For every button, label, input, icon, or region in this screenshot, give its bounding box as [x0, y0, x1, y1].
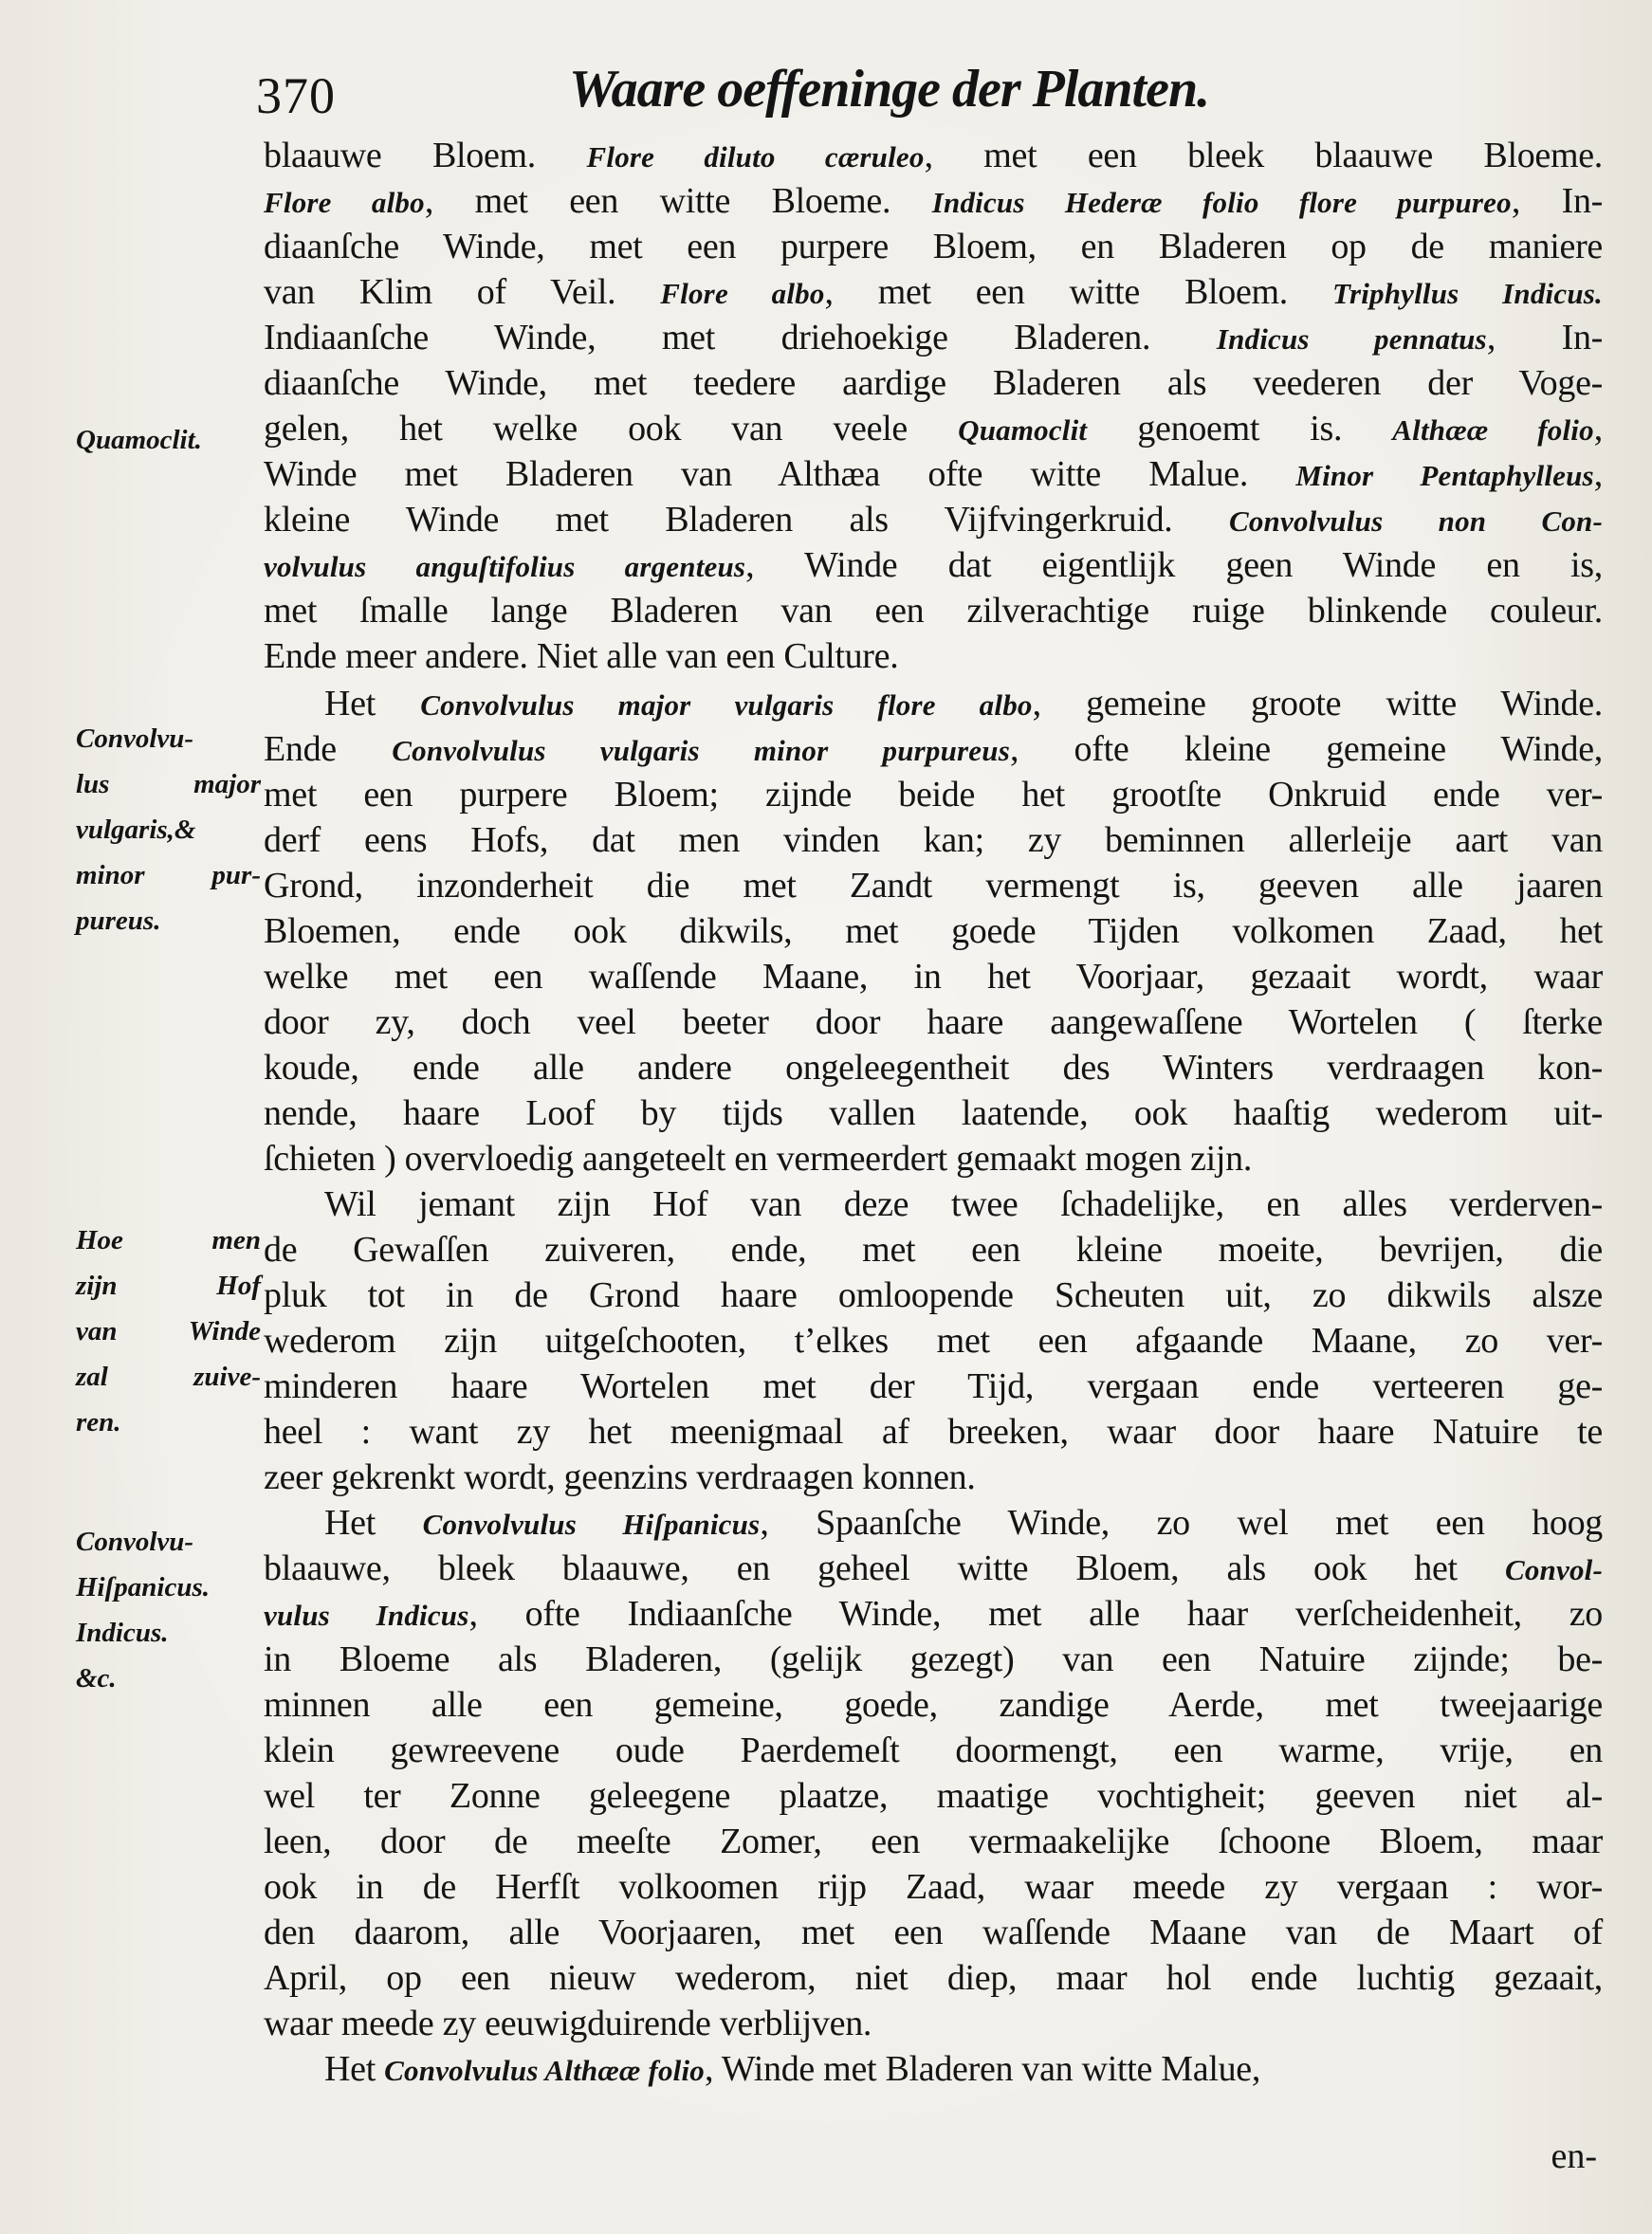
- text-run: , met een bleek blaauwe Bloeme.: [925, 136, 1603, 175]
- page-number: 370: [256, 66, 336, 125]
- text-line: waar meede zy eeuwigduirende verblijven.: [264, 2001, 1603, 2046]
- text-line: gelen, het welke ook van veele Quamoclit…: [264, 406, 1603, 451]
- text-run: diaanſche Winde, met een purpere Bloem, …: [264, 227, 1603, 266]
- text-run: gelen, het welke ook van veele: [264, 409, 958, 449]
- text-run: leen, door de meeſte Zomer, een vermaake…: [264, 1822, 1603, 1861]
- text-run: nende, haare Loof by tijds vallen laaten…: [264, 1093, 1603, 1133]
- text-line: Bloemen, ende ook dikwils, met goede Tij…: [264, 908, 1603, 954]
- text-run: genoemt is.: [1087, 409, 1392, 449]
- text-run: , Spaanſche Winde, zo wel met een hoog: [760, 1503, 1603, 1543]
- text-line: blaauwe Bloem. Flore diluto cæruleo, met…: [264, 133, 1603, 178]
- text-line: de Gewaſſen zuiveren, ende, met een klei…: [264, 1227, 1603, 1273]
- text-run: de Gewaſſen zuiveren, ende, met een klei…: [264, 1230, 1603, 1270]
- text-line: Het Convolvulus Hiſpanicus, Spaanſche Wi…: [264, 1500, 1603, 1546]
- margin-note: Quamoclit.: [76, 417, 261, 463]
- margin-note: Convolvu-lus majorvulgaris,&minor pur-pu…: [76, 716, 261, 943]
- margin-note-line: Quamoclit.: [76, 417, 261, 463]
- text-run: April, op een nieuw wederom, niet diep, …: [264, 1958, 1603, 1998]
- latin-name: Convol-: [1505, 1553, 1603, 1586]
- margin-note: Hoe menzijn Hofvan Windezal zuive-ren.: [76, 1218, 261, 1445]
- text-run: , Winde met Bladeren van witte Malue,: [705, 2049, 1260, 2089]
- text-run: blaauwe Bloem.: [264, 136, 587, 175]
- text-run: Het: [324, 684, 420, 723]
- text-line: wederom zijn uitgeſchooten, t’elkes met …: [264, 1318, 1603, 1364]
- margin-note-line: zal zuive-: [76, 1354, 261, 1400]
- text-run: koude, ende alle andere ongeleegentheit …: [264, 1048, 1603, 1088]
- text-line: Het Convolvulus major vulgaris flore alb…: [264, 681, 1603, 726]
- margin-note-line: &c.: [76, 1656, 261, 1701]
- latin-name: volvulus anguſtifolius argenteus: [264, 550, 745, 583]
- text-run: van Klim of Veil.: [264, 272, 660, 312]
- text-run: , met een witte Bloem.: [825, 272, 1332, 312]
- text-line: nende, haare Loof by tijds vallen laaten…: [264, 1090, 1603, 1136]
- text-line: Ende Convolvulus vulgaris minor purpureu…: [264, 726, 1603, 772]
- text-line: Flore albo, met een witte Bloeme. Indicu…: [264, 178, 1603, 224]
- text-run: diaanſche Winde, met teedere aardige Bla…: [264, 363, 1603, 403]
- latin-name: Convolvulus Althææ folio: [384, 2054, 705, 2087]
- text-run: , met een witte Bloeme.: [425, 181, 932, 221]
- text-run: wederom zijn uitgeſchooten, t’elkes met …: [264, 1321, 1603, 1361]
- text-line: ook in de Herfſt volkoomen rijp Zaad, wa…: [264, 1864, 1603, 1910]
- text-line: door zy, doch veel beeter door haare aan…: [264, 999, 1603, 1045]
- running-title: Waare oeffeninge der Planten.: [569, 59, 1209, 119]
- margin-note-line: minor pur-: [76, 852, 261, 898]
- text-line: vulus Indicus, ofte Indiaanſche Winde, m…: [264, 1591, 1603, 1637]
- text-line: welke met een waſſende Maane, in het Voo…: [264, 954, 1603, 999]
- text-line: Winde met Bladeren van Althæa ofte witte…: [264, 451, 1603, 497]
- margin-note-line: pureus.: [76, 898, 261, 943]
- text-run: , Winde dat eigentlijk geen Winde en is,: [745, 545, 1603, 585]
- text-run: klein gewreevene oude Paerdemeſt doormen…: [264, 1730, 1603, 1770]
- text-line: pluk tot in de Grond haare omloopende Sc…: [264, 1273, 1603, 1318]
- text-line: April, op een nieuw wederom, niet diep, …: [264, 1955, 1603, 2001]
- text-run: minderen haare Wortelen met der Tijd, ve…: [264, 1366, 1603, 1406]
- text-line: van Klim of Veil. Flore albo, met een wi…: [264, 269, 1603, 315]
- latin-name: vulus Indicus: [264, 1599, 469, 1632]
- latin-name: Minor Pentaphylleus: [1295, 459, 1593, 492]
- text-run: kleine Winde met Bladeren als Vijfvinger…: [264, 500, 1229, 540]
- text-line: Indiaanſche Winde, met driehoekige Blade…: [264, 315, 1603, 360]
- margin-note-line: Hiſpanicus.: [76, 1565, 261, 1610]
- text-line: den daarom, alle Voorjaaren, met een waſ…: [264, 1910, 1603, 1955]
- text-line: volvulus anguſtifolius argenteus, Winde …: [264, 542, 1603, 588]
- text-run: , In-: [1512, 181, 1603, 221]
- text-run: minnen alle een gemeine, goede, zandige …: [264, 1685, 1603, 1725]
- text-line: leen, door de meeſte Zomer, een vermaake…: [264, 1819, 1603, 1864]
- text-run: Indiaanſche Winde, met driehoekige Blade…: [264, 318, 1217, 357]
- latin-name: Flore albo: [660, 277, 824, 310]
- text-line: diaanſche Winde, met een purpere Bloem, …: [264, 224, 1603, 269]
- text-line: diaanſche Winde, met teedere aardige Bla…: [264, 360, 1603, 406]
- text-line: koude, ende alle andere ongeleegentheit …: [264, 1045, 1603, 1090]
- margin-note-line: Convolvu-: [76, 1519, 261, 1565]
- latin-name: Convolvulus non Con-: [1229, 504, 1603, 538]
- margin-note-line: Convolvu-: [76, 716, 261, 761]
- text-run: Het: [324, 2049, 384, 2089]
- margin-note-line: ren.: [76, 1400, 261, 1445]
- latin-name: Flore diluto cæruleo: [587, 140, 925, 174]
- text-run: met ſmalle lange Bladeren van een zilver…: [264, 591, 1603, 631]
- text-run: ,: [1594, 409, 1603, 449]
- text-run: in Bloeme als Bladeren, (gelijk gezegt) …: [264, 1639, 1603, 1679]
- text-run: pluk tot in de Grond haare omloopende Sc…: [264, 1275, 1603, 1315]
- text-run: , ofte Indiaanſche Winde, met alle haar …: [469, 1594, 1604, 1634]
- running-head: 370 Waare oeffeninge der Planten.: [256, 55, 1603, 131]
- text-line: ſchieten ) overvloedig aangeteelt en ver…: [264, 1136, 1603, 1181]
- text-line: Grond, inzonderheit die met Zandt vermen…: [264, 863, 1603, 908]
- catchword: en-: [1551, 2135, 1597, 2177]
- margin-note-line: zijn Hof: [76, 1263, 261, 1309]
- text-run: , In-: [1487, 318, 1603, 357]
- text-run: waar meede zy eeuwigduirende verblijven.: [264, 2004, 872, 2043]
- text-run: ſchieten ) overvloedig aangeteelt en ver…: [264, 1139, 1252, 1179]
- book-page: 370 Waare oeffeninge der Planten. blaauw…: [0, 0, 1652, 2234]
- text-line: met een purpere Bloem; zijnde beide het …: [264, 772, 1603, 817]
- latin-name: Quamoclit: [958, 413, 1087, 447]
- text-line: heel : want zy het meenigmaal af breeken…: [264, 1409, 1603, 1455]
- latin-name: Convolvulus vulgaris minor purpureus: [392, 734, 1010, 767]
- margin-note-line: lus major: [76, 761, 261, 807]
- text-line: kleine Winde met Bladeren als Vijfvinger…: [264, 497, 1603, 542]
- text-run: wel ter Zonne geleegene plaatze, maatige…: [264, 1776, 1603, 1816]
- text-line: minderen haare Wortelen met der Tijd, ve…: [264, 1364, 1603, 1409]
- latin-name: Althææ folio: [1392, 413, 1594, 447]
- text-line: Wil jemant zijn Hof van deze twee ſchade…: [264, 1181, 1603, 1227]
- text-run: Grond, inzonderheit die met Zandt vermen…: [264, 866, 1603, 906]
- latin-name: Triphyllus Indicus.: [1332, 277, 1603, 310]
- text-line: minnen alle een gemeine, goede, zandige …: [264, 1682, 1603, 1728]
- text-run: , gemeine groote witte Winde.: [1033, 684, 1603, 723]
- latin-name: Convolvulus Hiſpanicus: [423, 1508, 761, 1541]
- latin-name: Convolvulus major vulgaris flore albo: [420, 688, 1032, 722]
- text-run: den daarom, alle Voorjaaren, met een waſ…: [264, 1913, 1603, 1952]
- text-run: ,: [1594, 454, 1603, 494]
- text-run: ook in de Herfſt volkoomen rijp Zaad, wa…: [264, 1867, 1603, 1907]
- text-line: Het Convolvulus Althææ folio, Winde met …: [264, 2046, 1603, 2092]
- text-run: Bloemen, ende ook dikwils, met goede Tij…: [264, 911, 1603, 951]
- text-run: zeer gekrenkt wordt, geenzins verdraagen…: [264, 1457, 976, 1497]
- text-line: met ſmalle lange Bladeren van een zilver…: [264, 588, 1603, 633]
- text-line: in Bloeme als Bladeren, (gelijk gezegt) …: [264, 1637, 1603, 1682]
- text-run: Ende: [264, 729, 392, 769]
- latin-name: Indicus Hederæ folio flore purpureo: [932, 186, 1512, 219]
- text-line: Ende meer andere. Niet alle van een Cult…: [264, 633, 1603, 679]
- text-run: Wil jemant zijn Hof van deze twee ſchade…: [324, 1184, 1603, 1224]
- text-line: derf eens Hofs, dat men vinden kan; zy b…: [264, 817, 1603, 863]
- text-line: zeer gekrenkt wordt, geenzins verdraagen…: [264, 1455, 1603, 1500]
- latin-name: Indicus pennatus: [1217, 322, 1487, 356]
- margin-note: Convolvu-Hiſpanicus.Indicus.&c.: [76, 1519, 261, 1701]
- latin-name: Flore albo: [264, 186, 425, 219]
- text-run: welke met een waſſende Maane, in het Voo…: [264, 957, 1603, 997]
- text-run: heel : want zy het meenigmaal af breeken…: [264, 1412, 1603, 1452]
- text-line: blaauwe, bleek blaauwe, en geheel witte …: [264, 1546, 1603, 1591]
- margin-note-line: Indicus.: [76, 1610, 261, 1656]
- text-run: Ende meer andere. Niet alle van een Cult…: [264, 636, 898, 676]
- text-run: Het: [324, 1503, 423, 1543]
- text-run: Winde met Bladeren van Althæa ofte witte…: [264, 454, 1295, 494]
- margin-note-line: Hoe men: [76, 1218, 261, 1263]
- text-run: door zy, doch veel beeter door haare aan…: [264, 1002, 1603, 1042]
- text-line: klein gewreevene oude Paerdemeſt doormen…: [264, 1728, 1603, 1773]
- text-line: wel ter Zonne geleegene plaatze, maatige…: [264, 1773, 1603, 1819]
- margin-note-line: vulgaris,&: [76, 807, 261, 852]
- text-run: met een purpere Bloem; zijnde beide het …: [264, 775, 1603, 815]
- text-run: , ofte kleine gemeine Winde,: [1010, 729, 1603, 769]
- text-run: derf eens Hofs, dat men vinden kan; zy b…: [264, 820, 1603, 860]
- margin-note-line: van Winde: [76, 1309, 261, 1354]
- text-run: blaauwe, bleek blaauwe, en geheel witte …: [264, 1548, 1505, 1588]
